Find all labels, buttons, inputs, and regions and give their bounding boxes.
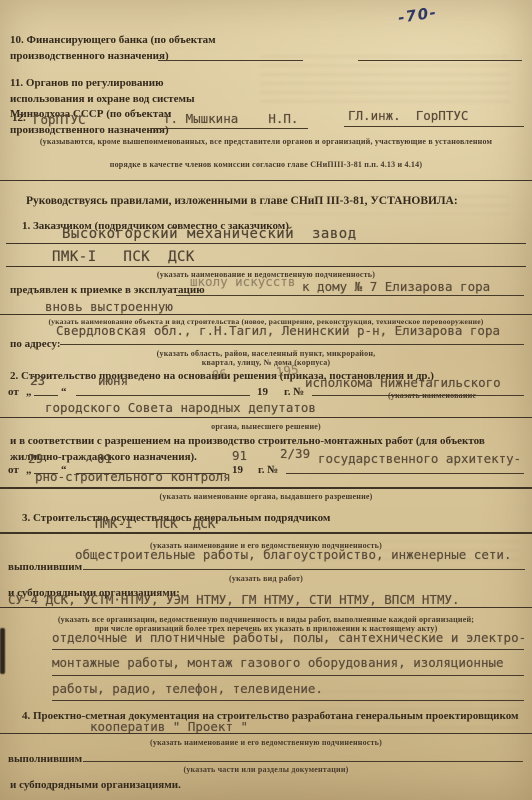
blank-line [52,700,524,701]
subcontractors-list: СУ-4 ДСК, УСТМ·НТМУ, УЭМ НТМУ, ГМ НТМУ, … [8,593,460,607]
permit-organ-note: (указать наименование органа, выдавшего … [0,492,532,502]
permit-month: 01 [97,452,112,466]
permit-organ-line2: рно-строительного контроля [35,470,231,484]
blank-line [83,761,523,762]
subcontractor-works-line2: монтажные работы, монтаж газового оборуд… [52,656,504,670]
blank-line [52,649,524,650]
blank-line [60,344,524,345]
general-contractor-works: общестроительные работы, благоустройство… [75,548,512,562]
from-label: от [8,463,19,479]
page-number: -70- [397,3,439,27]
ink-stain [0,628,5,674]
blank-rule [0,417,532,418]
blank-line [158,60,303,61]
doc-parts-note: (указать части или разделы документации) [0,765,532,775]
blank-rule [0,314,532,315]
organ-name-note: (указать наименование [388,391,476,401]
general-designer: кооператив " Проект " [90,720,248,734]
number-label: г. № [284,385,304,401]
item11-label: 11. Органов по регулированию использован… [10,76,238,138]
blank-rule [0,733,532,734]
blank-line [344,126,524,127]
permit-number: 2/39 [280,447,310,461]
close-quote: “ [61,385,67,401]
blank-line [358,60,522,61]
object-name-part1: школу искусств [190,275,295,289]
year-19-label: 19 [232,463,243,479]
item12-organization: ГорПТУС [33,113,86,127]
permit-organ-line1: государственного архитекту- [318,452,521,466]
blank-line [152,128,308,129]
section-rule [0,180,532,181]
item12-representative: т. Мышкина Н.П. [163,112,298,126]
subcontractors-final-label: и субподрядными организациями. [10,778,181,794]
blank-line [83,569,525,570]
number-label: г. № [258,463,278,479]
blank-rule [0,487,532,489]
item12-title: ГЛ.инж. ГорПТУС [348,109,468,123]
permit-year: 91 [232,449,247,463]
blank-line [52,675,524,676]
decision-month: июня [98,374,128,388]
blank-rule [6,243,526,244]
address-note-line2: квартал, улицу, № дома (корпуса) [0,358,532,368]
works-kind-note: (указать вид работ) [0,574,532,584]
blank-rule [6,266,526,267]
number-line [286,473,524,474]
subcontractor-works-line3: работы, радио, телефон, телевидение. [52,682,323,696]
customer-organizations: ПМК-I ПСК ДСК [52,250,195,265]
members-note-line2: порядке в качестве членов комиссии согла… [0,160,532,170]
object-name-part2: к дому № 7 Елизарова гора [302,280,490,294]
bleedthrough-smudge [260,55,510,105]
year-19-label: 19 [257,385,268,401]
blank-rule [0,532,532,534]
organ-decision-note: органа, вынесшего решение) [0,422,532,432]
blank-rule [0,607,532,608]
presented-label: предъявлен к приемке в эксплуатацию [10,283,205,299]
open-quote: „ [26,385,32,401]
decision-organ-line1: исполкома Нижнетагильского [305,376,501,390]
open-quote: „ [26,463,32,479]
construction-kind: вновь выстроенную [45,300,173,314]
customer-name: Высокогорский механический завод [62,227,357,242]
members-note-line1: (указываются, кроме вышепоименованных, в… [0,137,532,147]
address-value: Свердловская обл., г.Н.Тагил, Ленинский … [56,324,500,338]
blank-line [176,295,524,296]
document-page: -70- 10. Финансирующего банка (по объект… [0,0,532,800]
general-contractor: ПМК-I ПСК ДСК [95,517,215,531]
day-line [34,395,58,396]
decision-year: 86 [211,367,228,383]
decision-organ-line2: городского Совета народных депутатов [45,401,316,415]
guided-statement: Руководствуясь правилами, изложенными в … [10,193,522,209]
decision-number: 195 [275,362,299,379]
name-subordination-note3: (указать наименование и его ведомственну… [0,738,532,748]
month-line [76,395,250,396]
subcontractor-works-line1: отделочные и плотничные работы, полы, са… [52,631,526,645]
item12-number: 12. [12,111,26,127]
decision-day: 23 [30,374,45,388]
from-label: от [8,385,19,401]
item4-label: 4. Проектно-сметная документация на стро… [10,709,526,725]
